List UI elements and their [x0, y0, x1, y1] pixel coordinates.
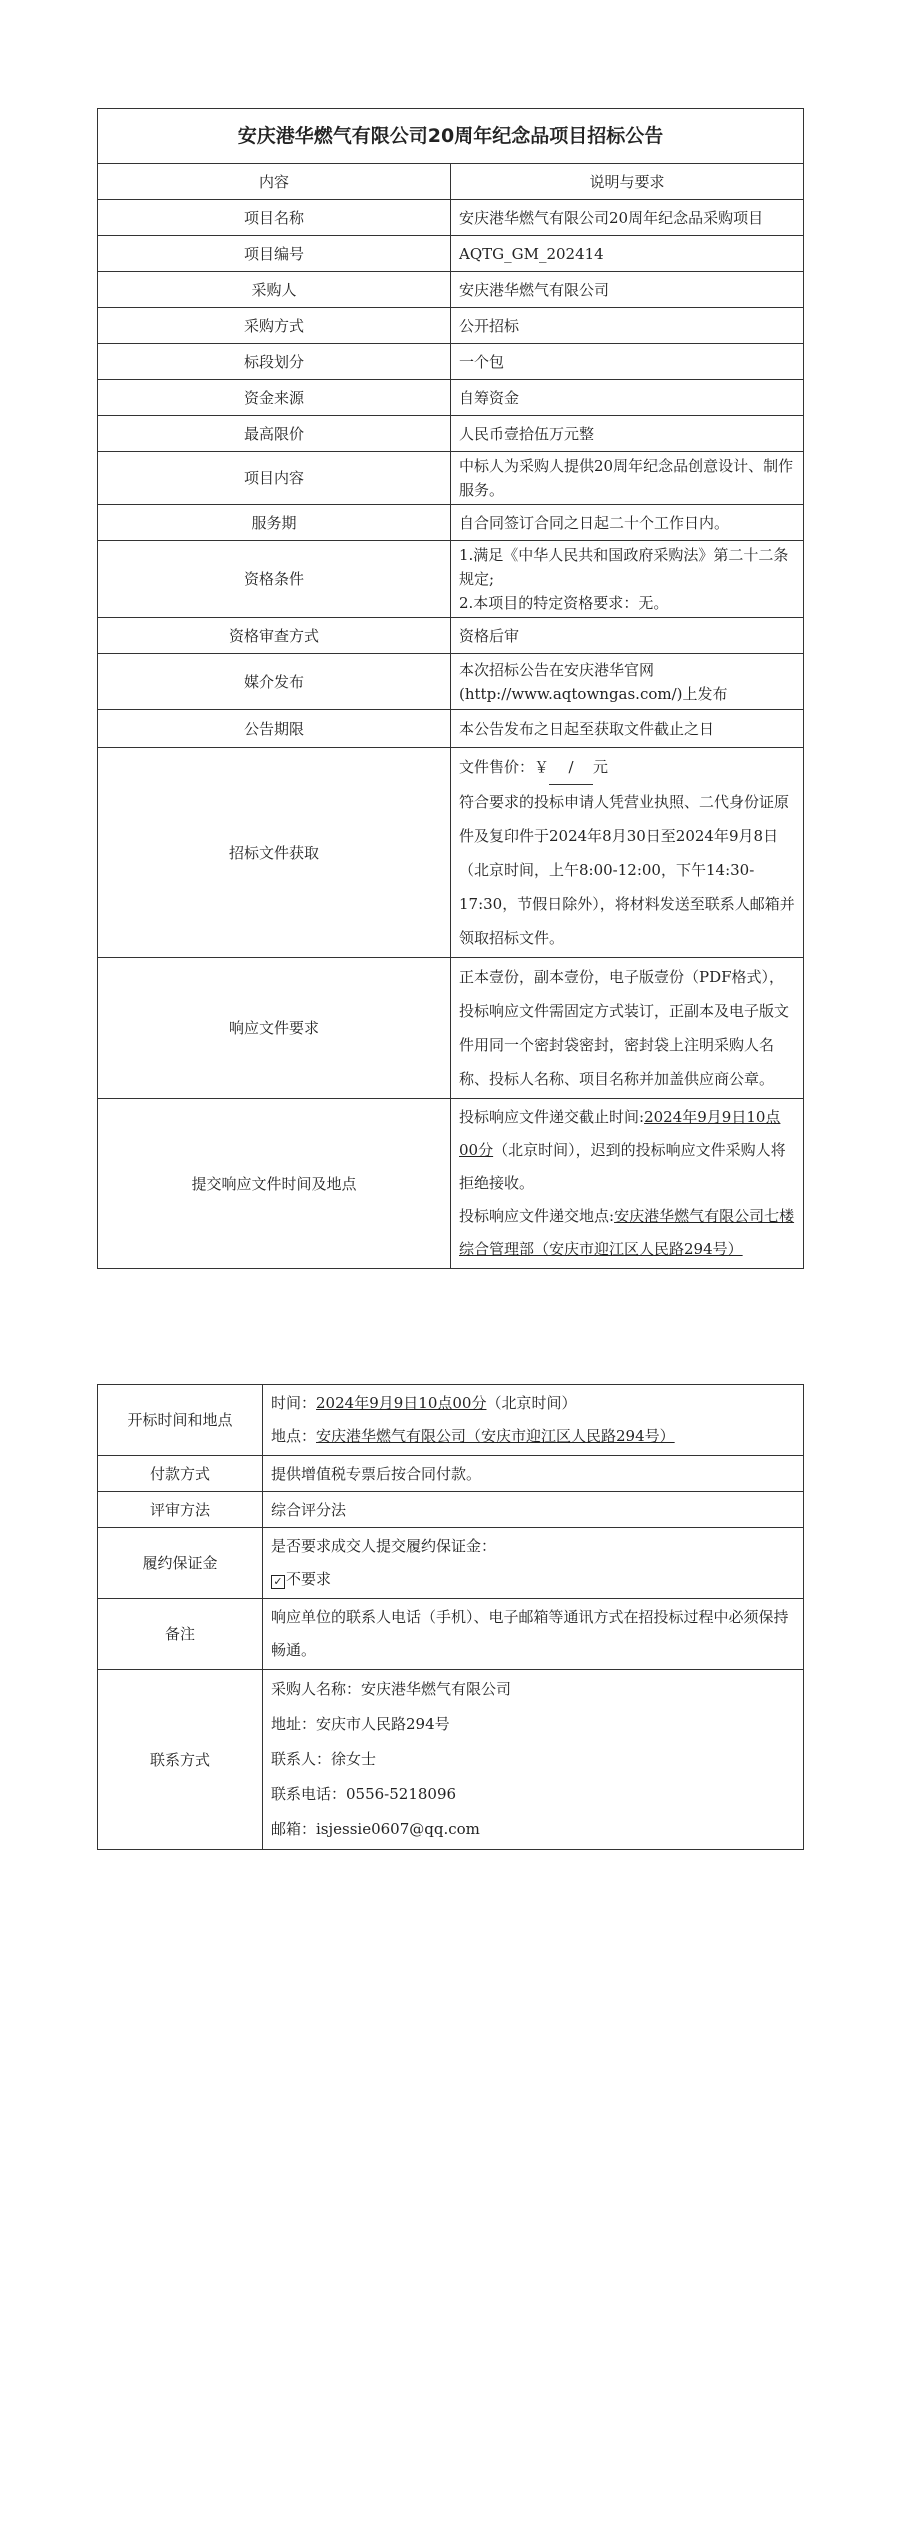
row-value: 本公告发布之日起至获取文件截止之日 [451, 710, 804, 748]
submission-place: 投标响应文件递交地点:安庆港华燃气有限公司七楼综合管理部（安庆市迎江区人民路29… [459, 1200, 795, 1266]
row-key: 媒介发布 [98, 654, 451, 710]
row-value: 安庆港华燃气有限公司20周年纪念品采购项目 [451, 200, 804, 236]
row-procurement-method: 采购方式 公开招标 [98, 308, 804, 344]
bond-option[interactable]: ✓不要求 [271, 1563, 795, 1596]
row-value: 本次招标公告在安庆港华官网(http://www.aqtowngas.com/)… [451, 654, 804, 710]
row-key: 资格审查方式 [98, 618, 451, 654]
tender-notice-table-continued: 开标时间和地点 时间：2024年9月9日10点00分（北京时间） 地点：安庆港华… [97, 1384, 804, 1850]
row-service-period: 服务期 自合同签订合同之日起二十个工作日内。 [98, 505, 804, 541]
row-submission-time-place: 提交响应文件时间及地点 投标响应文件递交截止时间:2024年9月9日10点00分… [98, 1099, 804, 1269]
row-key: 备注 [98, 1599, 263, 1670]
qualification-line-2: 2.本项目的特定资格要求：无。 [459, 591, 795, 615]
checkbox-checked-icon[interactable]: ✓ [271, 1575, 285, 1589]
row-value: 提供增值税专票后按合同付款。 [263, 1456, 804, 1492]
submission-deadline: 投标响应文件递交截止时间:2024年9月9日10点00分（北京时间），迟到的投标… [459, 1101, 795, 1200]
row-contact: 联系方式 采购人名称：安庆港华燃气有限公司 地址：安庆市人民路294号 联系人：… [98, 1670, 804, 1850]
opening-time: 时间：2024年9月9日10点00分（北京时间） [271, 1387, 795, 1420]
row-qualifications: 资格条件 1.满足《中华人民共和国政府采购法》第二十二条规定; 2.本项目的特定… [98, 541, 804, 618]
row-performance-bond: 履约保证金 是否要求成交人提交履约保证金： ✓不要求 [98, 1528, 804, 1599]
row-key: 履约保证金 [98, 1528, 263, 1599]
row-media-publication: 媒介发布 本次招标公告在安庆港华官网(http://www.aqtowngas.… [98, 654, 804, 710]
contact-person: 联系人：徐女士 [271, 1742, 795, 1777]
row-bid-opening: 开标时间和地点 时间：2024年9月9日10点00分（北京时间） 地点：安庆港华… [98, 1385, 804, 1456]
row-key: 资金来源 [98, 380, 451, 416]
row-key: 采购人 [98, 272, 451, 308]
row-key: 资格条件 [98, 541, 451, 618]
row-lot-division: 标段划分 一个包 [98, 344, 804, 380]
row-review-method: 资格审查方式 资格后审 [98, 618, 804, 654]
row-value: AQTG_GM_202414 [451, 236, 804, 272]
row-value: 人民币壹拾伍万元整 [451, 416, 804, 452]
opening-place: 地点：安庆港华燃气有限公司（安庆市迎江区人民路294号） [271, 1420, 795, 1453]
row-value: 中标人为采购人提供20周年纪念品创意设计、制作服务。 [451, 452, 804, 505]
row-key: 联系方式 [98, 1670, 263, 1850]
row-purchaser: 采购人 安庆港华燃气有限公司 [98, 272, 804, 308]
row-value: 自筹资金 [451, 380, 804, 416]
row-key: 最高限价 [98, 416, 451, 452]
contact-email: 邮箱：isjessie0607@qq.com [271, 1812, 795, 1847]
contact-purchaser: 采购人名称：安庆港华燃气有限公司 [271, 1672, 795, 1707]
header-requirements: 说明与要求 [451, 164, 804, 200]
row-value: 一个包 [451, 344, 804, 380]
row-document-acquisition: 招标文件获取 文件售价：￥/元 符合要求的投标申请人凭营业执照、二代身份证原件及… [98, 748, 804, 958]
row-project-content: 项目内容 中标人为采购人提供20周年纪念品创意设计、制作服务。 [98, 452, 804, 505]
row-key: 服务期 [98, 505, 451, 541]
document-price: 文件售价：￥/元 [459, 750, 795, 785]
row-value: 安庆港华燃气有限公司 [451, 272, 804, 308]
row-key: 招标文件获取 [98, 748, 451, 958]
row-max-price: 最高限价 人民币壹拾伍万元整 [98, 416, 804, 452]
row-key: 项目内容 [98, 452, 451, 505]
row-key: 开标时间和地点 [98, 1385, 263, 1456]
row-value: 正本壹份，副本壹份，电子版壹份（PDF格式），投标响应文件需固定方式装订，正副本… [451, 958, 804, 1099]
row-value: 响应单位的联系人电话（手机）、电子邮箱等通讯方式在招投标过程中必须保持畅通。 [263, 1599, 804, 1670]
row-fund-source: 资金来源 自筹资金 [98, 380, 804, 416]
row-notice-period: 公告期限 本公告发布之日起至获取文件截止之日 [98, 710, 804, 748]
row-value: 综合评分法 [263, 1492, 804, 1528]
row-value: 资格后审 [451, 618, 804, 654]
row-key: 评审方法 [98, 1492, 263, 1528]
row-key: 公告期限 [98, 710, 451, 748]
row-project-number: 项目编号 AQTG_GM_202414 [98, 236, 804, 272]
row-value: 公开招标 [451, 308, 804, 344]
row-key: 标段划分 [98, 344, 451, 380]
contact-address: 地址：安庆市人民路294号 [271, 1707, 795, 1742]
row-project-name: 项目名称 安庆港华燃气有限公司20周年纪念品采购项目 [98, 200, 804, 236]
row-key: 响应文件要求 [98, 958, 451, 1099]
acquisition-details: 符合要求的投标申请人凭营业执照、二代身份证原件及复印件于2024年8月30日至2… [459, 785, 795, 955]
row-value: 自合同签订合同之日起二十个工作日内。 [451, 505, 804, 541]
contact-phone: 联系电话：0556-5218096 [271, 1777, 795, 1812]
row-key: 提交响应文件时间及地点 [98, 1099, 451, 1269]
row-key: 付款方式 [98, 1456, 263, 1492]
row-response-file-requirements: 响应文件要求 正本壹份，副本壹份，电子版壹份（PDF格式），投标响应文件需固定方… [98, 958, 804, 1099]
row-key: 项目名称 [98, 200, 451, 236]
row-evaluation-method: 评审方法 综合评分法 [98, 1492, 804, 1528]
row-remarks: 备注 响应单位的联系人电话（手机）、电子邮箱等通讯方式在招投标过程中必须保持畅通… [98, 1599, 804, 1670]
qualification-line-1: 1.满足《中华人民共和国政府采购法》第二十二条规定; [459, 543, 795, 591]
row-key: 采购方式 [98, 308, 451, 344]
header-content: 内容 [98, 164, 451, 200]
row-payment-method: 付款方式 提供增值税专票后按合同付款。 [98, 1456, 804, 1492]
row-key: 项目编号 [98, 236, 451, 272]
notice-title: 安庆港华燃气有限公司20周年纪念品项目招标公告 [98, 109, 804, 164]
tender-notice-table: 安庆港华燃气有限公司20周年纪念品项目招标公告 内容 说明与要求 项目名称 安庆… [97, 108, 804, 1269]
bond-question: 是否要求成交人提交履约保证金： [271, 1530, 795, 1563]
